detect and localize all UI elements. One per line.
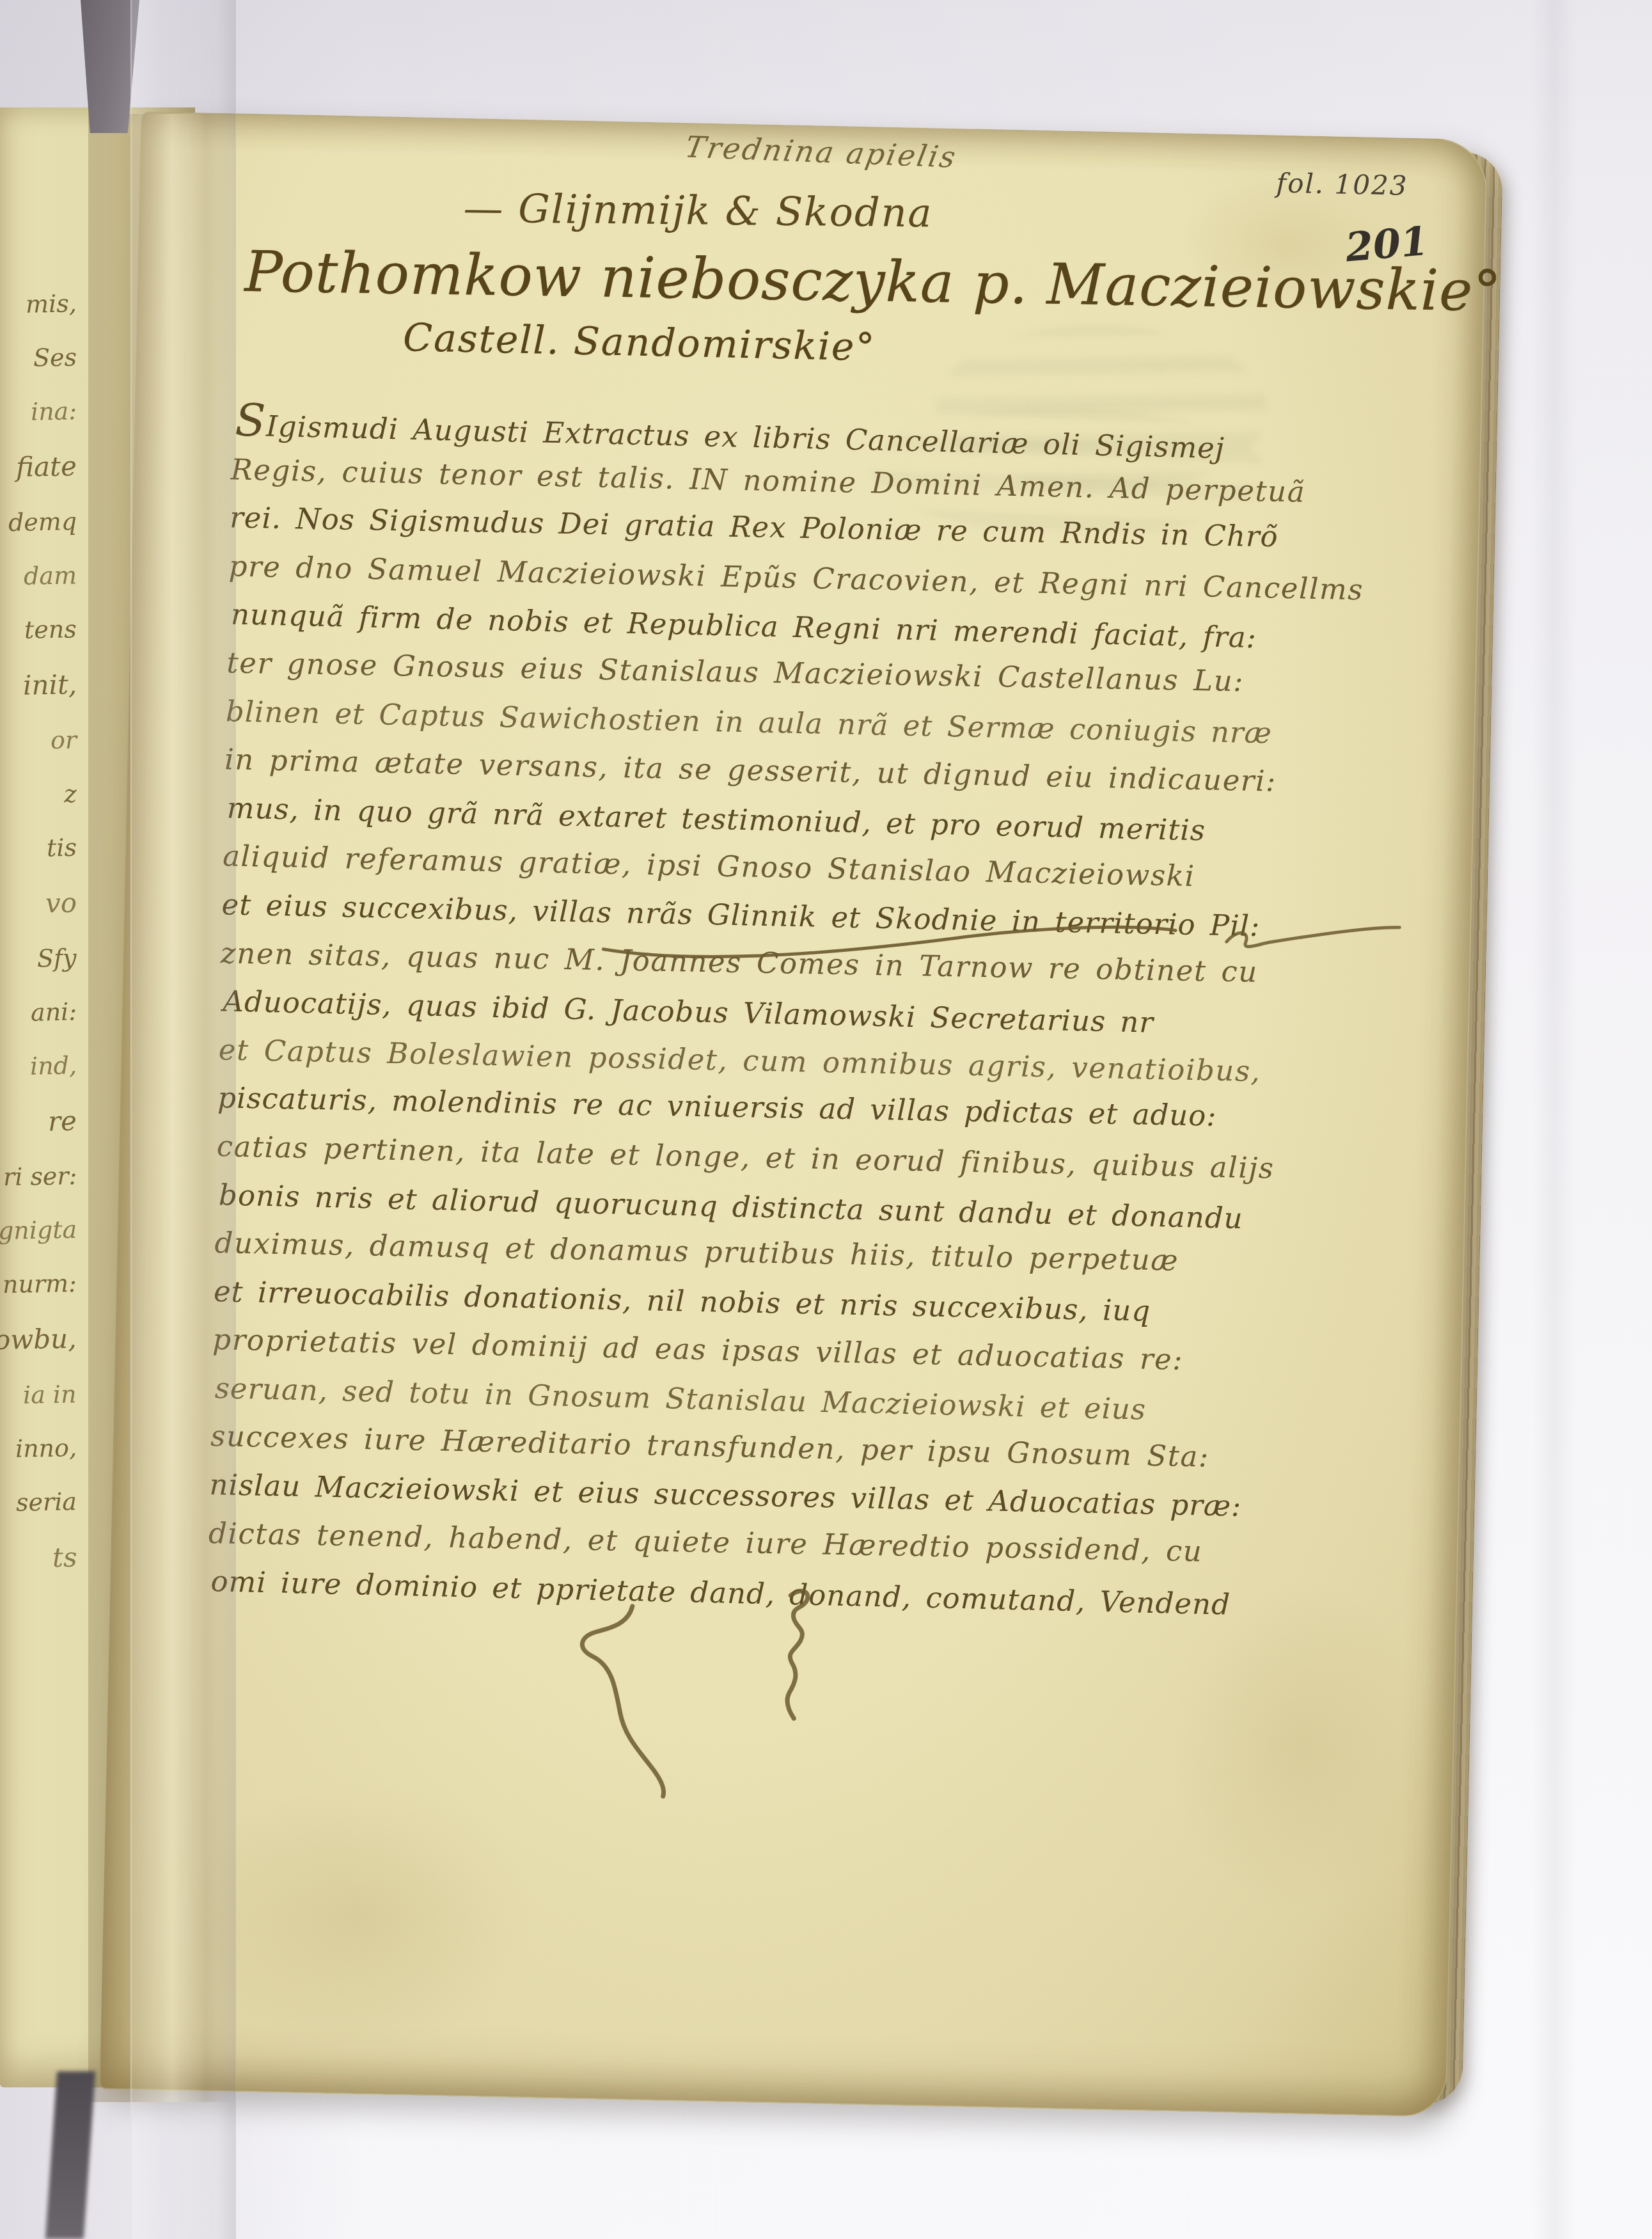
text-fragment: owbu, xyxy=(0,1323,77,1356)
title-line-2: Castell. Sandomirskie° xyxy=(403,315,877,370)
text-fragment: ia in xyxy=(23,1380,77,1409)
text-fragment: tis xyxy=(47,834,77,862)
text-fragment: ts xyxy=(52,1542,77,1574)
text-fragment: gnigta xyxy=(0,1215,77,1245)
body-text: SIgismudi Augusti Extractus ex libris Ca… xyxy=(207,404,1255,1634)
text-fragment: ind, xyxy=(30,1051,77,1080)
text-fragment: or xyxy=(51,726,77,755)
text-fragment: seria xyxy=(16,1487,77,1517)
top-annotation: Trednina apielis xyxy=(682,130,959,175)
text-fragment: ani: xyxy=(31,997,77,1026)
text-fragment: ri ser: xyxy=(3,1162,77,1191)
text-fragment: Ses xyxy=(33,343,77,372)
header-village-names: — Glijnmijk & Skodna xyxy=(463,185,933,237)
descender-flourish-left xyxy=(579,1605,667,1796)
text-fragment: nurm: xyxy=(3,1269,77,1299)
facing-page-text-fragments: mis,Sesina:fiatedemqdamtensinit,orztisvo… xyxy=(0,290,81,1825)
folio-label: fol. 1023 xyxy=(1276,167,1408,201)
text-fragment: dam xyxy=(24,561,77,590)
text-fragment: fiate xyxy=(16,450,77,483)
text-fragment: z xyxy=(64,780,77,808)
plexiglass-strip xyxy=(130,0,236,2239)
text-fragment: vo xyxy=(45,887,77,919)
background-crease xyxy=(1532,0,1577,2239)
text-fragment: init, xyxy=(22,669,77,700)
text-fragment: mis, xyxy=(26,290,77,319)
title-line-1: Pothomkow niebosczyka p. Maczieiowskie° xyxy=(244,239,1502,324)
manuscript-page: Trednina apielis fol. 1023 201 — Glijnmi… xyxy=(100,111,1488,2117)
text-fragment: demq xyxy=(8,507,77,537)
text-fragment: ina: xyxy=(31,397,77,425)
clamp-shadow xyxy=(45,2071,95,2239)
text-fragment: Sfy xyxy=(37,944,77,972)
text-fragment: re xyxy=(48,1105,77,1137)
manuscript-photo: mis,Sesina:fiatedemqdamtensinit,orztisvo… xyxy=(0,0,1652,2239)
text-fragment: inno, xyxy=(15,1434,77,1463)
text-fragment: tens xyxy=(24,615,77,644)
